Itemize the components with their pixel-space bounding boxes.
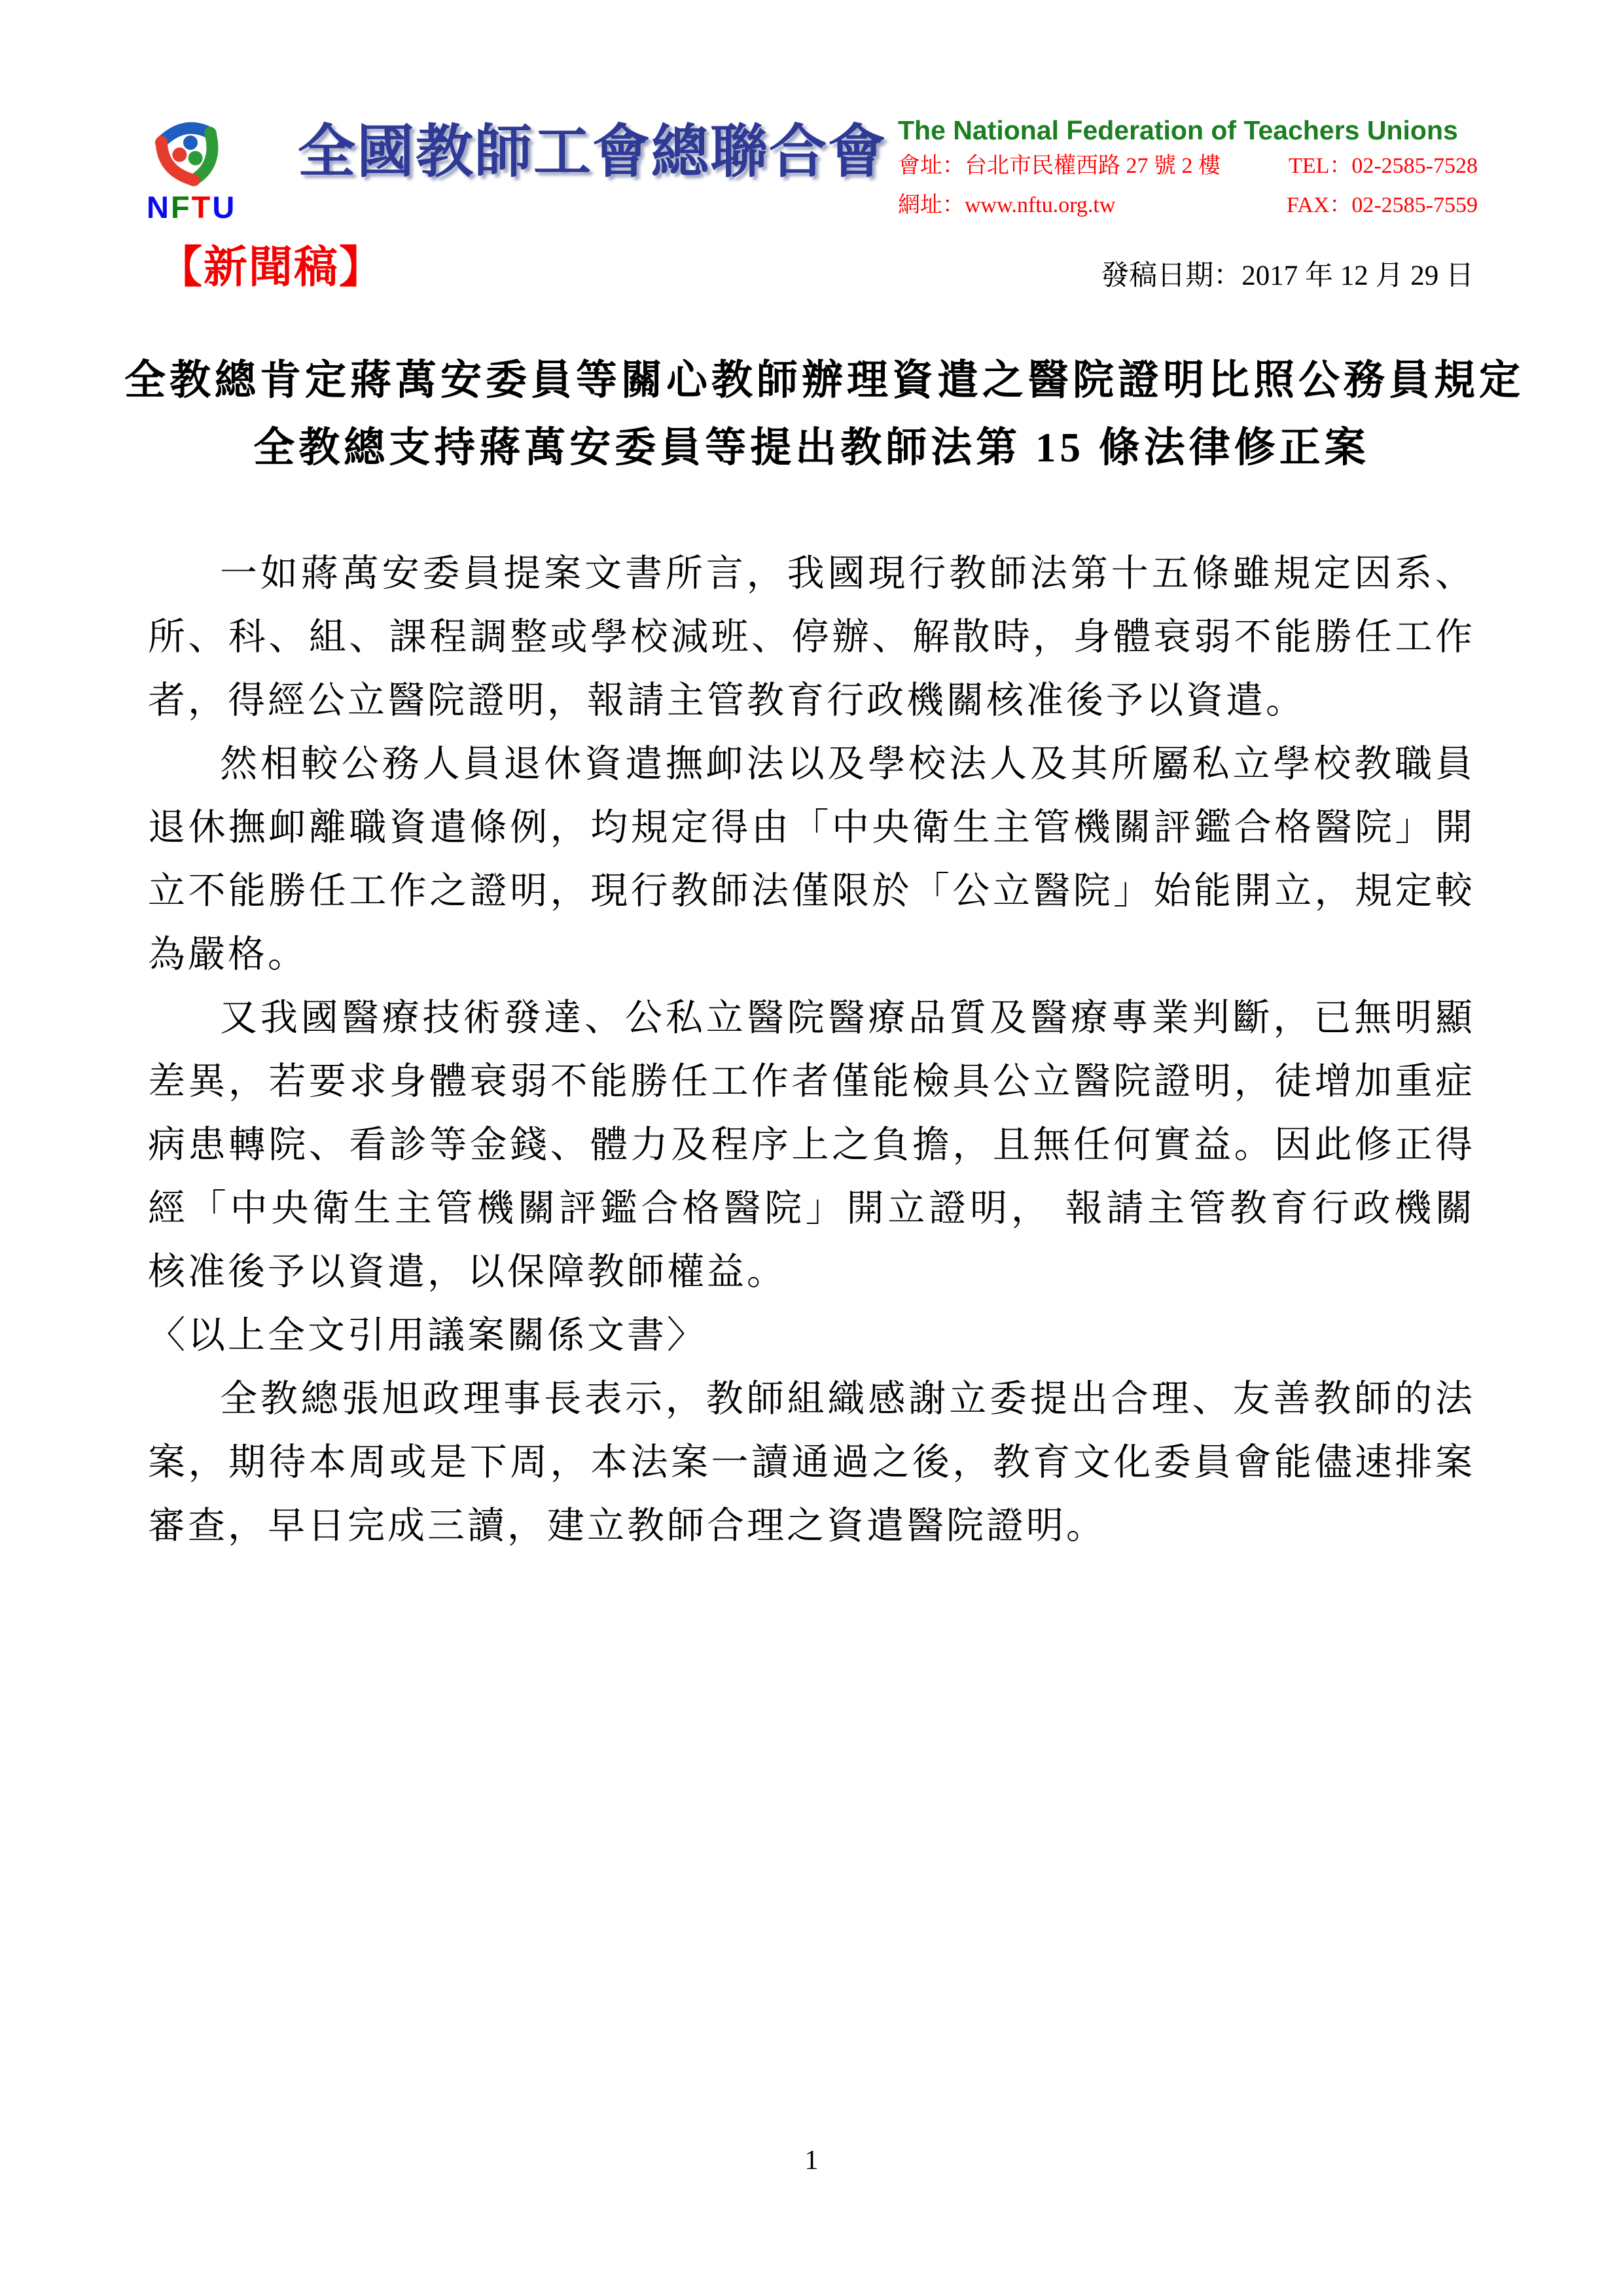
- contact-row-1: 會址：台北市民權西路 27 號 2 樓 TEL：02-2585-7528: [898, 155, 1478, 177]
- org-address: 會址：台北市民權西路 27 號 2 樓: [898, 155, 1221, 177]
- body-paragraph: 〈以上全文引用議案關係文書〉: [148, 1304, 1475, 1367]
- document-body: 一如蔣萬安委員提案文書所言，我國現行教師法第十五條雖規定因系、所、科、組、課程調…: [148, 542, 1475, 1558]
- contact-row-2: 網址：www.nftu.org.tw FAX：02-2585-7559: [898, 194, 1478, 217]
- org-name-zh: 全國教師工會總聯合會: [298, 122, 887, 185]
- logo-letter: T: [192, 190, 213, 224]
- press-release-label: 【新聞稿】: [158, 246, 384, 290]
- logo-letter: U: [212, 190, 236, 224]
- body-paragraph: 全教總張旭政理事長表示，教師組織感謝立委提出合理、友善教師的法案，期待本周或是下…: [148, 1367, 1475, 1558]
- body-paragraph: 一如蔣萬安委員提案文書所言，我國現行教師法第十五條雖規定因系、所、科、組、課程調…: [148, 542, 1475, 732]
- document-page: NFTU 全國教師工會總聯合會 The National Federation …: [0, 0, 1623, 2296]
- page-number: 1: [0, 2147, 1623, 2174]
- header-contact-block: The National Federation of Teachers Unio…: [898, 117, 1478, 217]
- org-fax: FAX：02-2585-7559: [1287, 194, 1478, 217]
- org-website: 網址：www.nftu.org.tw: [898, 194, 1115, 217]
- headline: 全教總肯定蔣萬安委員等關心教師辦理資遣之醫院證明比照公務員規定 全教總支持蔣萬安…: [124, 360, 1499, 469]
- body-paragraph: 又我國醫療技術發達、公私立醫院醫療品質及醫療專業判斷，已無明顯差異，若要求身體衰…: [148, 986, 1475, 1304]
- headline-line-2: 全教總支持蔣萬安委員等提出教師法第 15 條法律修正案: [124, 427, 1499, 469]
- headline-line-1: 全教總肯定蔣萬安委員等關心教師辦理資遣之醫院證明比照公務員規定: [124, 360, 1499, 401]
- body-paragraph: 然相較公務人員退休資遣撫卹法以及學校法人及其所屬私立學校教職員退休撫卹離職資遣條…: [148, 732, 1475, 986]
- nftu-logo: NFTU: [143, 115, 300, 223]
- org-name-en: The National Federation of Teachers Unio…: [898, 117, 1478, 145]
- logo-letter: N: [147, 190, 171, 224]
- logo-acronym: NFTU: [147, 192, 300, 223]
- nftu-logo-icon: [145, 115, 232, 192]
- release-date: 發稿日期：2017 年 12 月 29 日: [1101, 262, 1474, 290]
- org-tel: TEL：02-2585-7528: [1289, 155, 1478, 177]
- logo-letter: F: [171, 190, 192, 224]
